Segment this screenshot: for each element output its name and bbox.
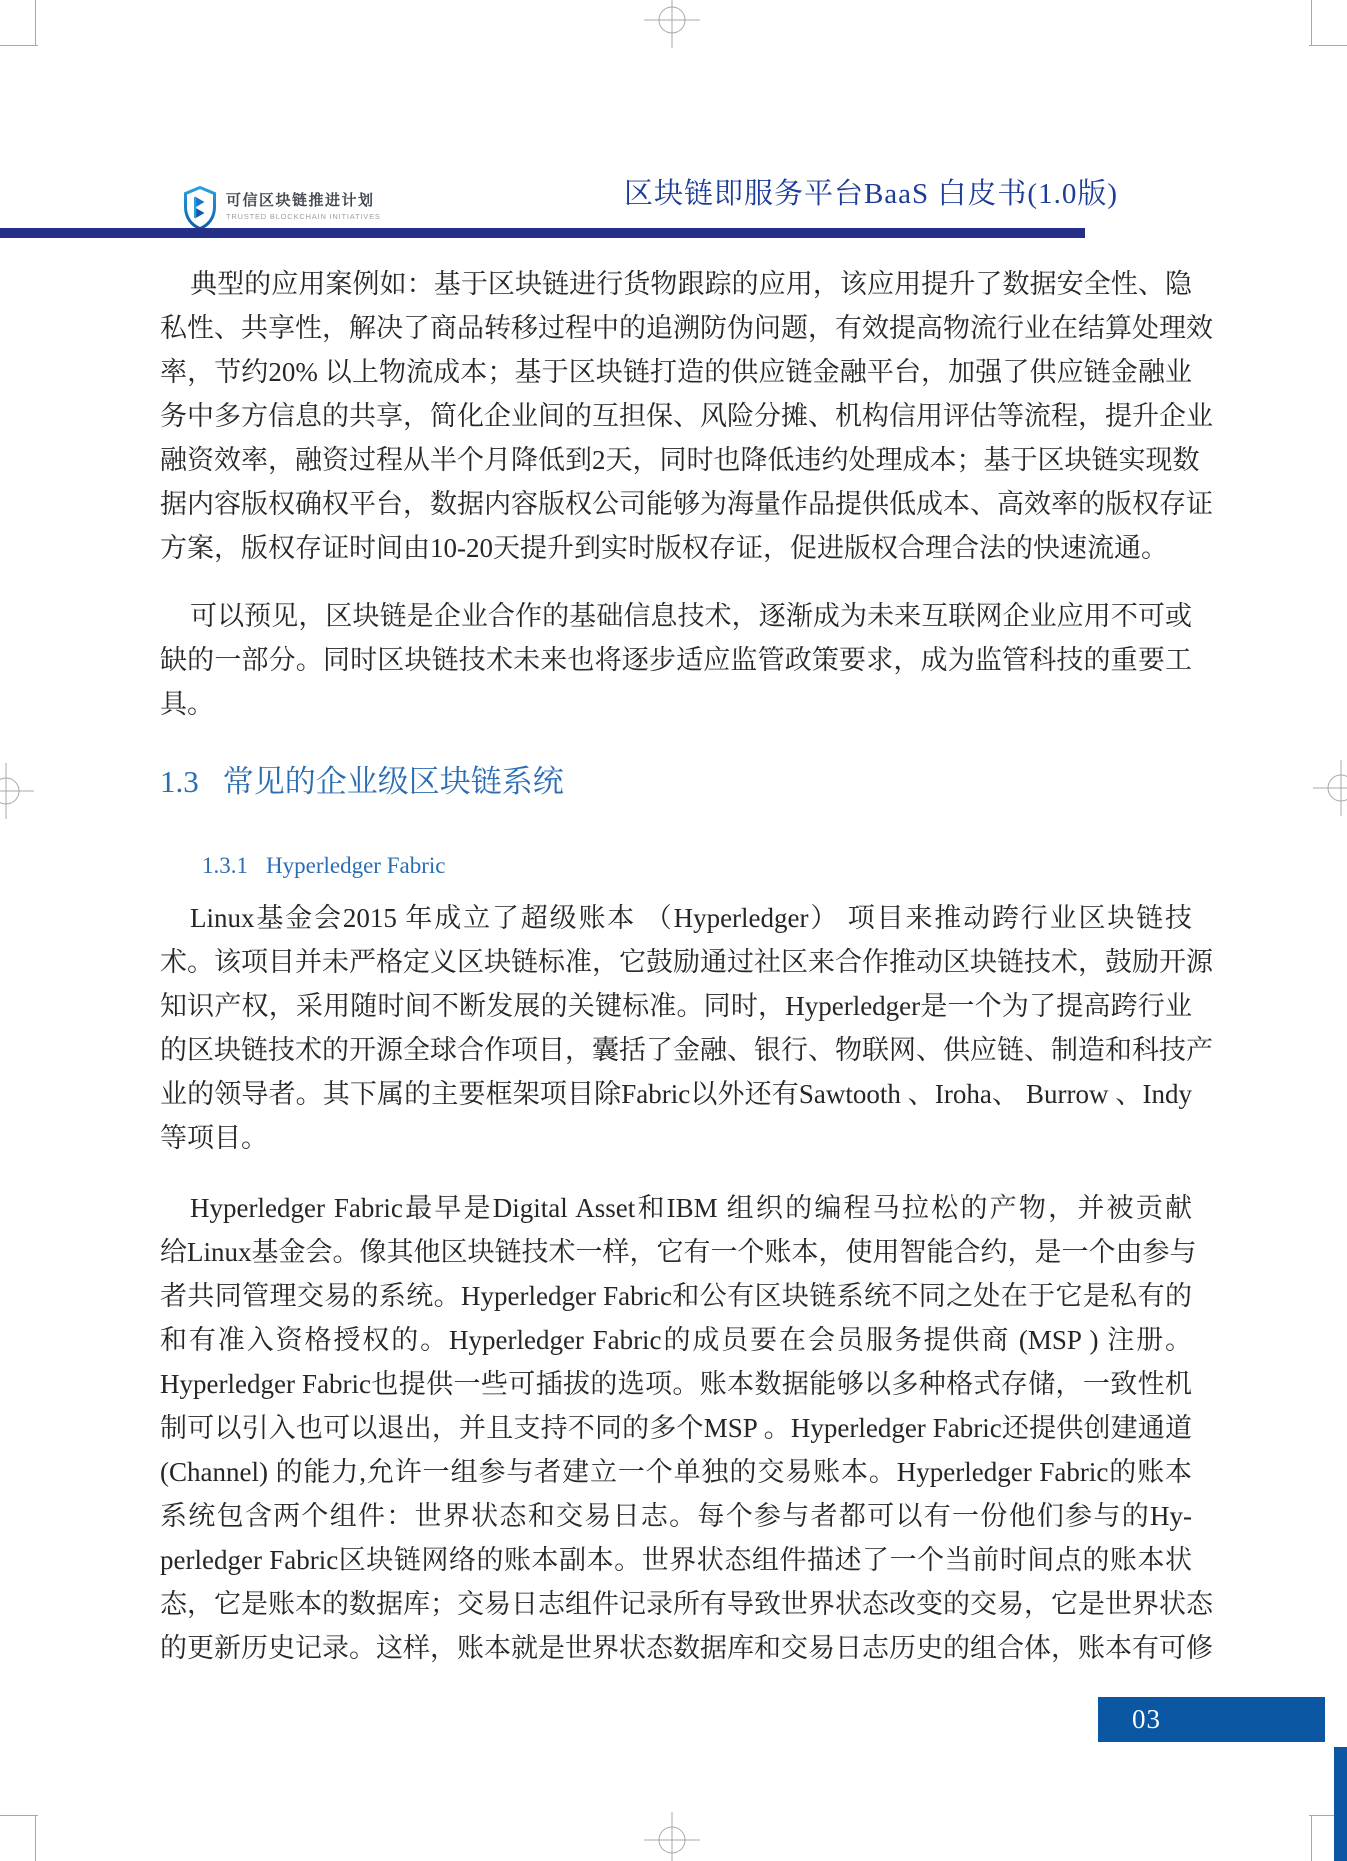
subsection-title: Hyperledger Fabric [266,853,445,878]
text-line: 知识产权，采用随时间不断发展的关键标准。同时，Hyperledger是一个为了提… [160,984,1192,1028]
document-page: 可信区块链推进计划 TRUSTED BLOCKCHAIN INITIATIVES… [0,0,1347,1861]
text-line: 方案，版权存证时间由10-20天提升到实时版权存证，促进版权合理合法的快速流通。 [160,526,1192,570]
text-line: 术。该项目并未严格定义区块链标准，它鼓励通过社区来合作推动区块链技术，鼓励开源 [160,940,1192,984]
text-line: 缺的一部分。同时区块链技术未来也将逐步适应监管政策要求，成为监管科技的重要工 [160,638,1192,682]
text-line: 业的领导者。其下属的主要框架项目除Fabric以外还有Sawtooth 、Iro… [160,1072,1192,1116]
text-line: (Channel) 的能力,允许一组参与者建立一个单独的交易账本。Hyperle… [160,1450,1192,1494]
crop-mark-bottom-left-v [35,1815,36,1861]
logo-text: 可信区块链推进计划 TRUSTED BLOCKCHAIN INITIATIVES [226,186,381,221]
page-number: 03 [1132,1704,1161,1734]
text-line: 据内容版权确权平台，数据内容版权公司能够为海量作品提供低成本、高效率的版权存证 [160,482,1192,526]
intro-paragraph-1: 典型的应用案例如：基于区块链进行货物跟踪的应用，该应用提升了数据安全性、隐私性、… [160,262,1192,570]
registration-mark-right [1313,760,1347,816]
crop-mark-top-right-h [1309,45,1347,46]
subsection-number: 1.3.1 [202,853,248,878]
body-paragraph-2: Hyperledger Fabric最早是Digital Asset和IBM 组… [160,1186,1192,1670]
footer-accent-bar [1334,1747,1347,1861]
text-line: Linux基金会2015 年成立了超级账本 （Hyperledger） 项目来推… [160,896,1192,940]
page-content: 典型的应用案例如：基于区块链进行货物跟踪的应用，该应用提升了数据安全性、隐私性、… [160,262,1192,1670]
text-line: 制可以引入也可以退出，并且支持不同的多个MSP 。Hyperledger Fab… [160,1406,1192,1450]
body-paragraph-1: Linux基金会2015 年成立了超级账本 （Hyperledger） 项目来推… [160,896,1192,1160]
text-line: 具。 [160,682,1192,726]
logo-name: 可信区块链推进计划 [226,193,381,209]
section-number: 1.3 [160,764,199,799]
text-line: Hyperledger Fabric最早是Digital Asset和IBM 组… [160,1186,1192,1230]
text-line: 态，它是账本的数据库；交易日志组件记录所有导致世界状态改变的交易，它是世界状态 [160,1582,1192,1626]
section-heading-1-3: 1.3常见的企业级区块链系统 [160,762,1192,802]
crop-mark-top-right-v [1311,0,1312,46]
text-line: perledger Fabric区块链网络的账本副本。世界状态组件描述了一个当前… [160,1538,1192,1582]
registration-mark-top [644,0,700,48]
header-rule [0,228,1085,238]
text-line: 的区块链技术的开源全球合作项目，囊括了金融、银行、物联网、供应链、制造和科技产 [160,1028,1192,1072]
crop-mark-bottom-left-h [0,1815,38,1816]
subsection-heading-1-3-1: 1.3.1Hyperledger Fabric [202,850,1192,882]
text-line: 的更新历史记录。这样，账本就是世界状态数据库和交易日志历史的组合体，账本有可修 [160,1626,1192,1670]
crop-mark-top-left-v [35,0,36,46]
text-line: 和有准入资格授权的。Hyperledger Fabric的成员要在会员服务提供商… [160,1318,1192,1362]
logo-subtitle: TRUSTED BLOCKCHAIN INITIATIVES [226,212,381,221]
text-line: 务中多方信息的共享，简化企业间的互担保、风险分摊、机构信用评估等流程，提升企业 [160,394,1192,438]
text-line: 率，节约20% 以上物流成本；基于区块链打造的供应链金融平台，加强了供应链金融业 [160,350,1192,394]
text-line: 融资效率，融资过程从半个月降低到2天，同时也降低违约处理成本；基于区块链实现数 [160,438,1192,482]
registration-mark-bottom [644,1812,700,1861]
text-line: 者共同管理交易的系统。Hyperledger Fabric和公有区块链系统不同之… [160,1274,1192,1318]
registration-mark-left [0,763,34,819]
text-line: 可以预见，区块链是企业合作的基础信息技术，逐渐成为未来互联网企业应用不可或 [160,594,1192,638]
text-line: 给Linux基金会。像其他区块链技术一样，它有一个账本，使用智能合约，是一个由参… [160,1230,1192,1274]
text-line: 系统包含两个组件：世界状态和交易日志。每个参与者都可以有一份他们参与的Hy- [160,1494,1192,1538]
crop-mark-top-left-h [0,45,38,46]
intro-paragraph-2: 可以预见，区块链是企业合作的基础信息技术，逐渐成为未来互联网企业应用不可或缺的一… [160,594,1192,726]
document-title: 区块链即服务平台BaaS 白皮书(1.0版) [624,171,1118,212]
crop-mark-bottom-right-v [1311,1815,1312,1861]
text-line: 私性、共享性，解决了商品转移过程中的追溯防伪问题，有效提高物流行业在结算处理效 [160,306,1192,350]
text-line: Hyperledger Fabric也提供一些可插拔的选项。账本数据能够以多种格… [160,1362,1192,1406]
section-title: 常见的企业级区块链系统 [223,764,564,799]
text-line: 等项目。 [160,1116,1192,1160]
text-line: 典型的应用案例如：基于区块链进行货物跟踪的应用，该应用提升了数据安全性、隐 [160,262,1192,306]
page-number-box: 03 [1098,1697,1325,1742]
